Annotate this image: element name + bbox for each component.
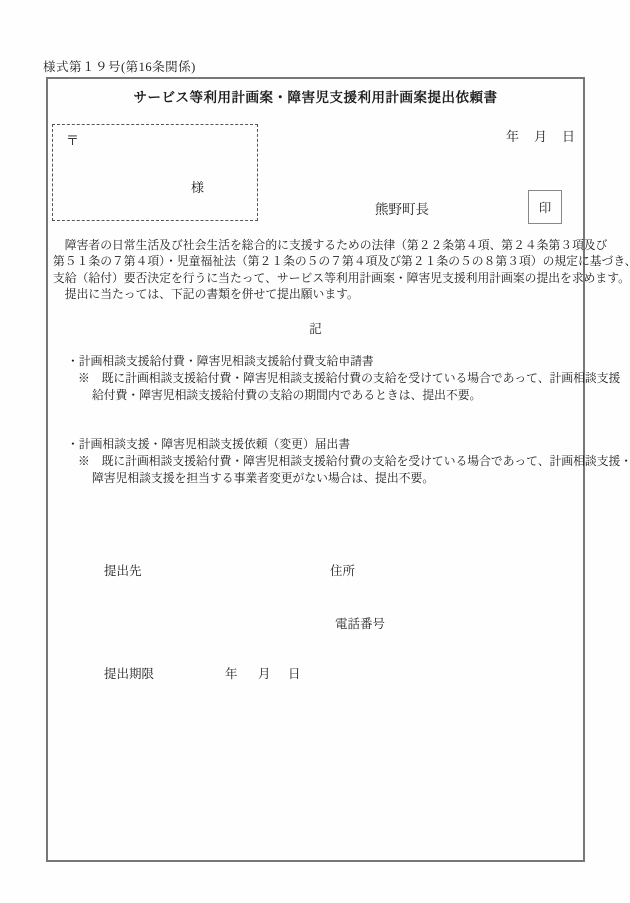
document-item-title: ・計画相談支援・障害児相談支援依頼（変更）届出書 [67, 435, 350, 452]
form-number-label: 様式第１９号(第16条関係) [43, 57, 196, 75]
postal-mark: 〒 [66, 130, 79, 149]
address-label: 住所 [330, 561, 355, 579]
paragraph-line: 提出に当たっては、下記の書類を併せて提出願います。 [53, 286, 583, 302]
paragraph-line: 第５１条の７第４項）・児童福祉法（第２１条の５の７第４項及び第２１条の５の８第３… [53, 253, 583, 269]
phone-number-label: 電話番号 [335, 614, 385, 632]
seal-box: 印 [528, 190, 562, 224]
document-item-note-line: ※ 既に計画相談支援給付費・障害児相談支援給付費の支給を受けている場合であって、… [78, 369, 620, 386]
record-heading: 記 [48, 319, 583, 337]
addressee-honorific: 様 [191, 177, 204, 196]
addressee-box: 〒 様 [52, 124, 258, 221]
body-paragraph: 障害者の日常生活及び社会生活を総合的に支援するための法律（第２２条第４項、第２４… [53, 237, 583, 303]
seal-label: 印 [539, 198, 552, 216]
deadline-year-label: 年 [225, 664, 238, 682]
deadline-label: 提出期限 [104, 664, 154, 682]
document-item-note-line: 給付費・障害児相談支援給付費の支給の期間内であるときは、提出不要。 [92, 386, 481, 403]
submit-to-label: 提出先 [104, 561, 142, 579]
date-placeholder: 年 月 日 [506, 126, 576, 145]
mayor-label: 熊野町長 [375, 198, 429, 218]
deadline-day-label: 日 [288, 664, 301, 682]
deadline-month-label: 月 [258, 664, 271, 682]
document-item-note-line: 障害児相談支援を担当する事業者変更がない場合は、提出不要。 [92, 469, 434, 486]
form-border-box: サービス等利用計画案・障害児支援利用計画案提出依頼書 年 月 日 〒 様 熊野町… [46, 77, 585, 862]
document-item-note-line: ※ 既に計画相談支援給付費・障害児相談支援給付費の支給を受けている場合であって、… [78, 452, 630, 469]
form-page: 様式第１９号(第16条関係) サービス等利用計画案・障害児支援利用計画案提出依頼… [0, 0, 630, 903]
paragraph-line: 障害者の日常生活及び社会生活を総合的に支援するための法律（第２２条第４項、第２４… [53, 237, 583, 253]
paragraph-line: 支給（給付）要否決定を行うに当たって、サービス等利用計画案・障害児支援利用計画案… [53, 270, 583, 286]
form-title: サービス等利用計画案・障害児支援利用計画案提出依頼書 [48, 86, 583, 106]
document-item-title: ・計画相談支援給付費・障害児相談支援給付費支給申請書 [67, 352, 374, 369]
